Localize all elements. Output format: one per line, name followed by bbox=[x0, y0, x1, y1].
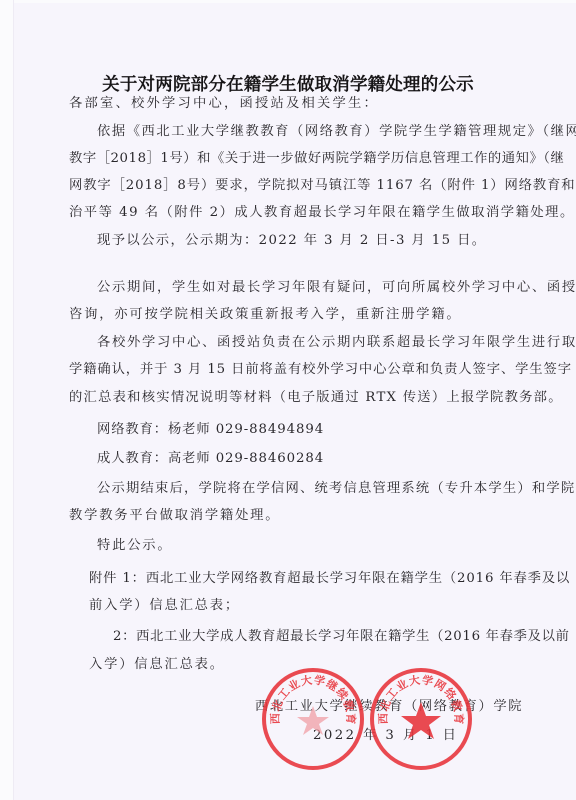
contact-network-education: 网络教育：杨老师 029-88494894 bbox=[97, 421, 559, 439]
basis-line-3: 网教字［2018］8号）要求，学院拟对马镇江等 1167 名（附件 1）网络教育… bbox=[69, 177, 531, 195]
network-education-seal: 西北工业大学网络教育学院 bbox=[370, 668, 472, 770]
after-period-line-2: 教学教务平台做取消学籍处理。 bbox=[69, 507, 531, 525]
closing-line: 特此公示。 bbox=[97, 537, 559, 555]
attachment-1-line-2: 前入学）信息汇总表； bbox=[89, 597, 551, 615]
basis-line-1: 依据《西北工业大学继教教育（网络教育）学院学生学籍管理规定》（继网 bbox=[97, 123, 559, 141]
attachment-1-line-1: 附件 1：西北工业大学网络教育超最长学习年限在籍学生（2016 年春季及以 bbox=[89, 570, 551, 588]
salutation: 各部室、校外学习中心，函授站及相关学生： bbox=[69, 95, 531, 113]
confirmation-line-1: 各校外学习中心、函授站负责在公示期内联系超最长学习年限学生进行取消 bbox=[97, 334, 559, 352]
contact-adult-education: 成人教育：高老师 029-88460284 bbox=[97, 450, 559, 468]
seal-star-icon: 西北工业大学网络教育学院 bbox=[374, 672, 468, 766]
continuing-education-seal: 西北工业大学继续教育学院 bbox=[262, 668, 364, 770]
after-period-line-1: 公示期结束后，学院将在学信网、统考信息管理系统（专升本学生）和学院 bbox=[97, 480, 559, 498]
basis-line-4: 治平等 49 名（附件 2）成人教育超最长学习年限在籍学生做取消学籍处理。 bbox=[69, 204, 531, 222]
basis-line-2: 教字［2018］1号）和《关于进一步做好两院学籍学历信息管理工作的通知》（继 bbox=[69, 150, 531, 168]
document-title: 关于对两院部分在籍学生做取消学籍处理的公示 bbox=[0, 71, 576, 96]
document-page: 关于对两院部分在籍学生做取消学籍处理的公示 各部室、校外学习中心，函授站及相关学… bbox=[0, 0, 576, 800]
scanned-document: 关于对两院部分在籍学生做取消学籍处理的公示 各部室、校外学习中心，函授站及相关学… bbox=[0, 0, 576, 800]
attachment-2-line-1: 2：西北工业大学成人教育超最长学习年限在籍学生（2016 年春季及以前 bbox=[113, 628, 575, 646]
inquiry-line-1: 公示期间，学生如对最长学习年限有疑问，可向所属校外学习中心、函授站 bbox=[97, 279, 559, 297]
inquiry-line-2: 咨询，亦可按学院相关政策重新报考入学，重新注册学籍。 bbox=[69, 306, 531, 324]
period-line: 现予以公示，公示期为：2022 年 3 月 2 日-3 月 15 日。 bbox=[97, 232, 559, 250]
seal-star-icon: 西北工业大学继续教育学院 bbox=[266, 672, 360, 766]
confirmation-line-2: 学籍确认，并于 3 月 15 日前将盖有校外学习中心公章和负责人签字、学生签字 bbox=[69, 361, 531, 379]
confirmation-line-3: 的汇总表和核实情况说明等材料（电子版通过 RTX 传送）上报学院教务部。 bbox=[69, 389, 531, 407]
